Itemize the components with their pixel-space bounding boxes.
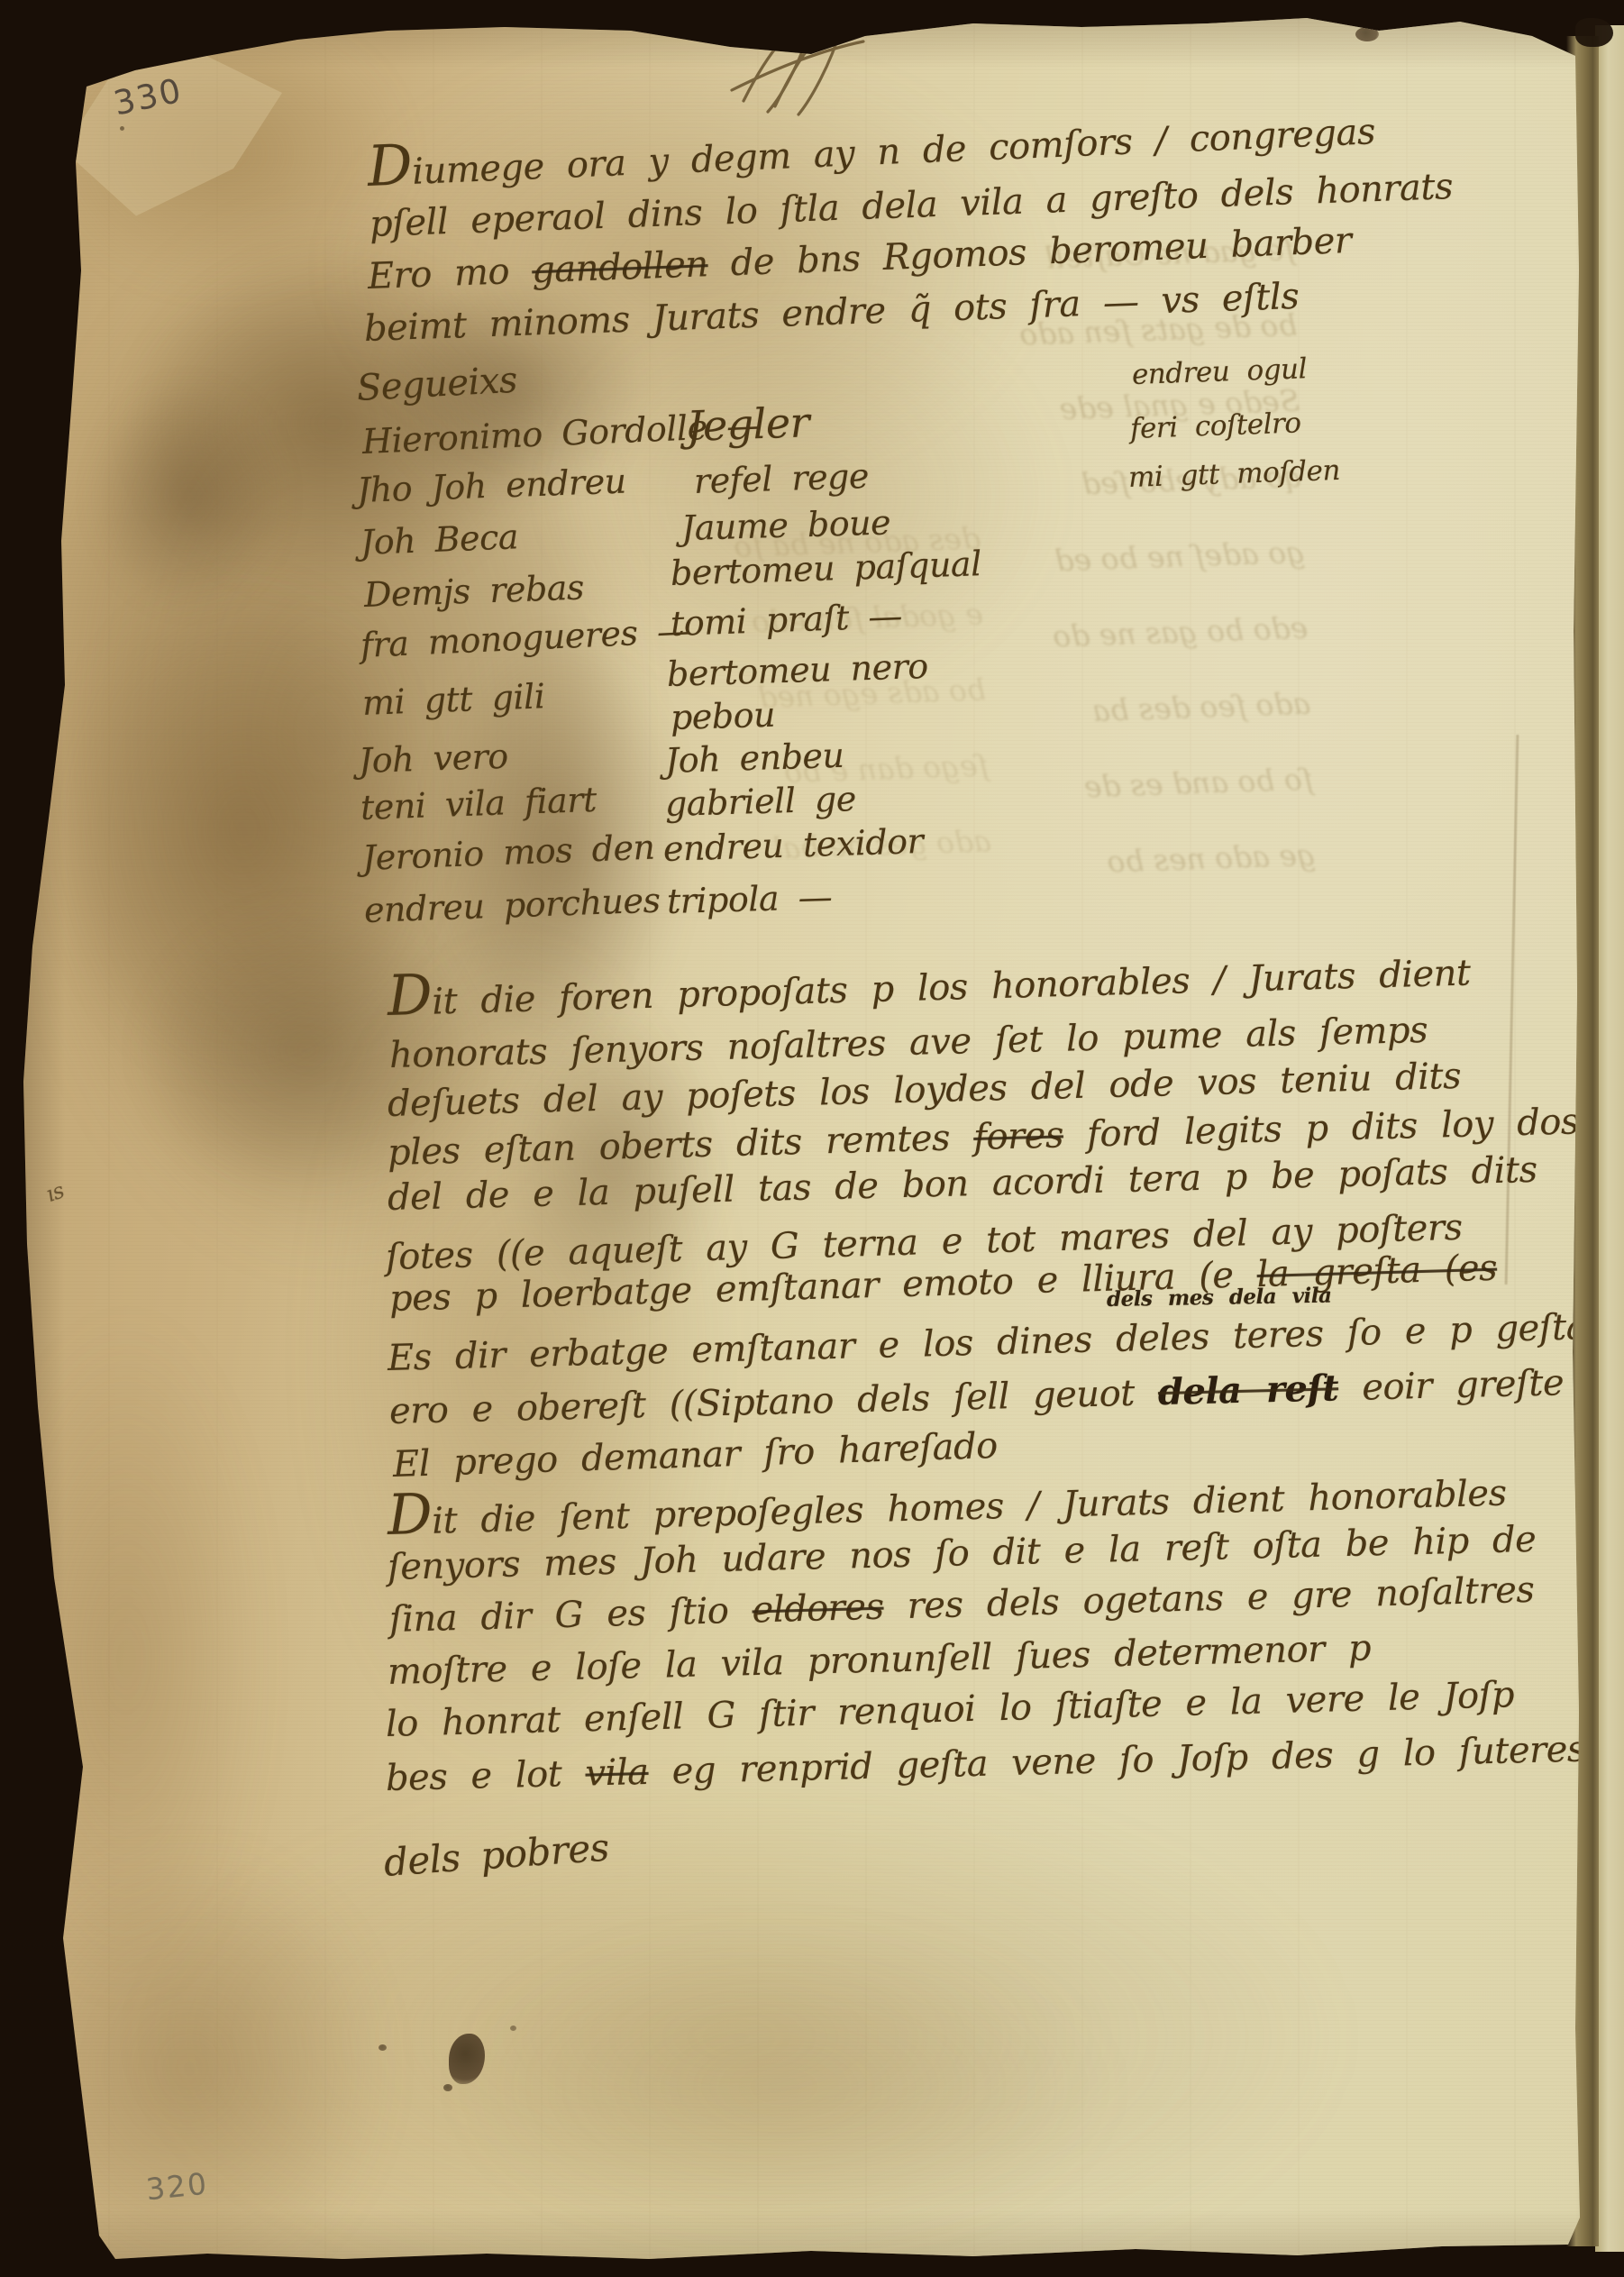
- ink-speck: [379, 2044, 387, 2051]
- bleedthrough-line: bo de gats ſen ado: [1018, 288, 1299, 373]
- water-stain: [27, 225, 622, 1244]
- adjacent-page-edge: [1595, 25, 1624, 2252]
- bleedthrough-line: ſego dan e bo: [741, 727, 990, 812]
- overwritten-correction: dela reſt: [1157, 1367, 1338, 1413]
- council-minutes-line: ſenyors mes Joh udare nos ſo dit e la re…: [387, 1519, 1536, 1588]
- pen-trial-mark: [721, 11, 879, 128]
- attendee-name: Joh vero: [358, 736, 508, 781]
- minutes-text: ford legits p dits loy dos: [1063, 1101, 1579, 1156]
- council-minutes-line: Dit die ſent prepoſegles homes ∕ Jurats …: [387, 1464, 1507, 1543]
- council-minutes-line: del de e la puſell tas de bon acordi ter…: [387, 1149, 1537, 1219]
- attendee-name: gabriell ge: [664, 779, 856, 824]
- interline-insertion: dels mes dela vila: [1107, 1284, 1332, 1312]
- paper-crease: [1505, 735, 1519, 1285]
- bleedthrough-line: go adeſ ne bo ed: [1026, 515, 1307, 600]
- attendee-name: Joh enbeu: [664, 736, 844, 781]
- record-heading-line: Diumege ora y degm ay n de comſors ∕ con…: [367, 102, 1376, 195]
- heading-text: de bns Rgomos beromeu barber: [707, 220, 1353, 285]
- water-stain: [469, 1938, 1099, 2236]
- water-stain: [324, 956, 712, 1749]
- minutes-text: ples eſtan oberts dits remtes: [387, 1117, 973, 1174]
- bleedthrough-text: des ado ne ba ſo e godal ſen edo bo ads …: [733, 500, 992, 887]
- council-minutes-line: moſtre e loſe la vila pronunſell ſues de…: [387, 1627, 1371, 1693]
- water-stain: [342, 63, 1027, 469]
- council-minutes-line: ero e obereſt ((Siptano dels ſell geuot …: [388, 1361, 1564, 1432]
- water-stain: [54, 577, 433, 1082]
- margin-note: feri coſtelro: [1129, 407, 1301, 445]
- council-minutes-line: bes e lot vila eg renprid geſta vene ſo …: [385, 1728, 1585, 1799]
- council-minutes-line: El prego demanar ſro hareſado: [392, 1425, 998, 1486]
- attendee-name: tomi praſt —: [670, 596, 902, 644]
- bleedthrough-line: Sedo e gnal ede: [1021, 363, 1301, 449]
- bleedthrough-line: qo ady ebo ſed: [1024, 439, 1304, 525]
- manuscript-photo: ſe gad ne Caſtell bo de gats ſen ado Sed…: [0, 0, 1624, 2277]
- ink-speck: [1355, 27, 1379, 41]
- water-stain: [162, 1803, 1316, 2272]
- council-minutes-line: Dit die foren propoſats p los honorables…: [387, 943, 1471, 1024]
- struck-phrase: la greſta (es: [1256, 1248, 1498, 1295]
- struck-word: vila: [585, 1751, 649, 1795]
- water-stain: [54, 27, 397, 279]
- attendee-name: bertomeu paſqual: [670, 544, 981, 593]
- attendee-name: Demjs rebas: [363, 567, 584, 614]
- manuscript-page: ſe gad ne Caſtell bo de gats ſen ado Sed…: [0, 0, 1624, 2277]
- attendee-name: refel rege: [693, 456, 869, 501]
- bleedthrough-line: ſe gad ne Caſtell: [1016, 212, 1296, 297]
- struck-word: fores: [973, 1114, 1064, 1158]
- water-stain: [0, 1857, 379, 2277]
- bleedthrough-line: ado ſeo des ba: [1031, 666, 1311, 752]
- bleedthrough-line: ado ges ne bal: [743, 803, 992, 888]
- attendee-name: endreu texidor: [662, 821, 923, 869]
- attendee-name: tripola —: [666, 877, 832, 921]
- folio-number-bottom: 320: [144, 2166, 210, 2208]
- bleedthrough-line: ſo bo and es de: [1034, 741, 1314, 827]
- minutes-text: eoir greſte: [1338, 1362, 1565, 1409]
- attendee-name: mi gtt gili: [361, 676, 545, 723]
- minutes-text: ero e obereſt ((Siptano dels ſell geuot: [388, 1372, 1158, 1432]
- council-minutes-line: honorats ſenyors noſaltres ave ſet lo pu…: [388, 1010, 1428, 1076]
- bleedthrough-line: ge ado nes bo: [1036, 817, 1317, 902]
- minutes-text: ſina dir G es ſtio: [388, 1589, 753, 1641]
- attendee-name: endreu porchues: [363, 881, 661, 930]
- water-stain: [126, 252, 541, 595]
- attendee-name: Joh Beca: [360, 517, 519, 562]
- minutes-text: pes p loerbatge emſtanar emoto e lliura …: [388, 1254, 1257, 1320]
- water-stain: [90, 379, 288, 613]
- council-minutes-line: pes p loerbatge emſtanar emoto e lliura …: [388, 1248, 1497, 1320]
- pencil-dot: [120, 126, 124, 131]
- bleedthrough-line: e godal ſen edo: [735, 576, 985, 661]
- record-heading-line: pſell eperaol dins lo ſtla dela vila a g…: [369, 166, 1453, 245]
- margin-note: mi gtt moſden: [1127, 454, 1340, 494]
- water-stain: [505, 1010, 721, 1316]
- bleedthrough-line: des ado ne ba ſo: [733, 500, 982, 585]
- ink-speck: [510, 2026, 516, 2031]
- record-heading-line: Ero mo gandollen de bns Rgomos beromeu b…: [367, 220, 1352, 297]
- struck-word: eldores: [752, 1587, 884, 1632]
- council-minutes-line: deſuets del ay poſets los loydes del ode…: [387, 1056, 1461, 1125]
- water-stain: [433, 631, 685, 1064]
- minutes-text: bes e lot: [385, 1753, 586, 1799]
- torn-corner-flap: [63, 36, 306, 225]
- minutes-text: res dels ogetans e gre noſaltres: [883, 1569, 1535, 1628]
- council-minutes-line: Es dir erbatge emſtanar e los dines dele…: [387, 1306, 1604, 1379]
- bleedthrough-line: edo bo gas ne do: [1029, 590, 1309, 676]
- attendee-name: Jeronio mos den: [361, 828, 655, 878]
- council-minutes-line: ſotes ((e aqueſt ay G terna e tot mares …: [385, 1207, 1463, 1278]
- bleedthrough-text: ſe gad ne Caſtell bo de gats ſen ado Sed…: [1016, 212, 1317, 902]
- record-heading-line: beimt minoms Jurats endre q̃ ots ſra — v…: [363, 276, 1300, 350]
- folio-number-top: 330: [110, 71, 186, 123]
- ink-blot: [449, 2034, 485, 2084]
- council-minutes-line: ſina dir G es ſtio eldores res dels oget…: [388, 1569, 1535, 1641]
- minutes-text: eg renprid geſta vene ſo Joſp des g lo ſ…: [648, 1728, 1585, 1792]
- water-stain: [379, 270, 649, 505]
- attendee-name: Jho Joh endreu: [356, 462, 626, 510]
- ink-blot: [443, 2084, 452, 2091]
- bleedthrough-line: bo ads ego ned: [738, 652, 988, 736]
- margin-mark: ıs: [42, 1177, 67, 1207]
- list-caption: Segueixs: [356, 360, 518, 409]
- struck-word: gandollen: [531, 243, 708, 291]
- water-stain: [135, 901, 478, 1199]
- attendee-name: Hieronimo Gordolle —: [361, 406, 761, 462]
- attendee-name: pebou: [670, 695, 775, 737]
- attendee-name: fra monogueres —: [360, 610, 691, 665]
- heading-text: Ero mo: [367, 250, 533, 297]
- water-stain: [559, 306, 1045, 685]
- attendee-name: teni vila fiart: [360, 780, 597, 828]
- council-minutes-line: lo honrat enſell G ſtir renquoi lo ſtiaſ…: [385, 1674, 1514, 1745]
- water-stain: [0, 1334, 252, 1983]
- margin-note: endreu ogul: [1131, 352, 1307, 391]
- gutter-shadow-notch: [1575, 18, 1613, 47]
- attendee-name: Jaume boue: [680, 503, 890, 548]
- attendee-name: Jegler: [686, 398, 810, 451]
- council-minutes-line: ples eſtan oberts dits remtes fores ford…: [387, 1101, 1579, 1174]
- attendee-name: bertomeu nero: [666, 646, 928, 694]
- council-minutes-line: dels pobres: [382, 1825, 610, 1885]
